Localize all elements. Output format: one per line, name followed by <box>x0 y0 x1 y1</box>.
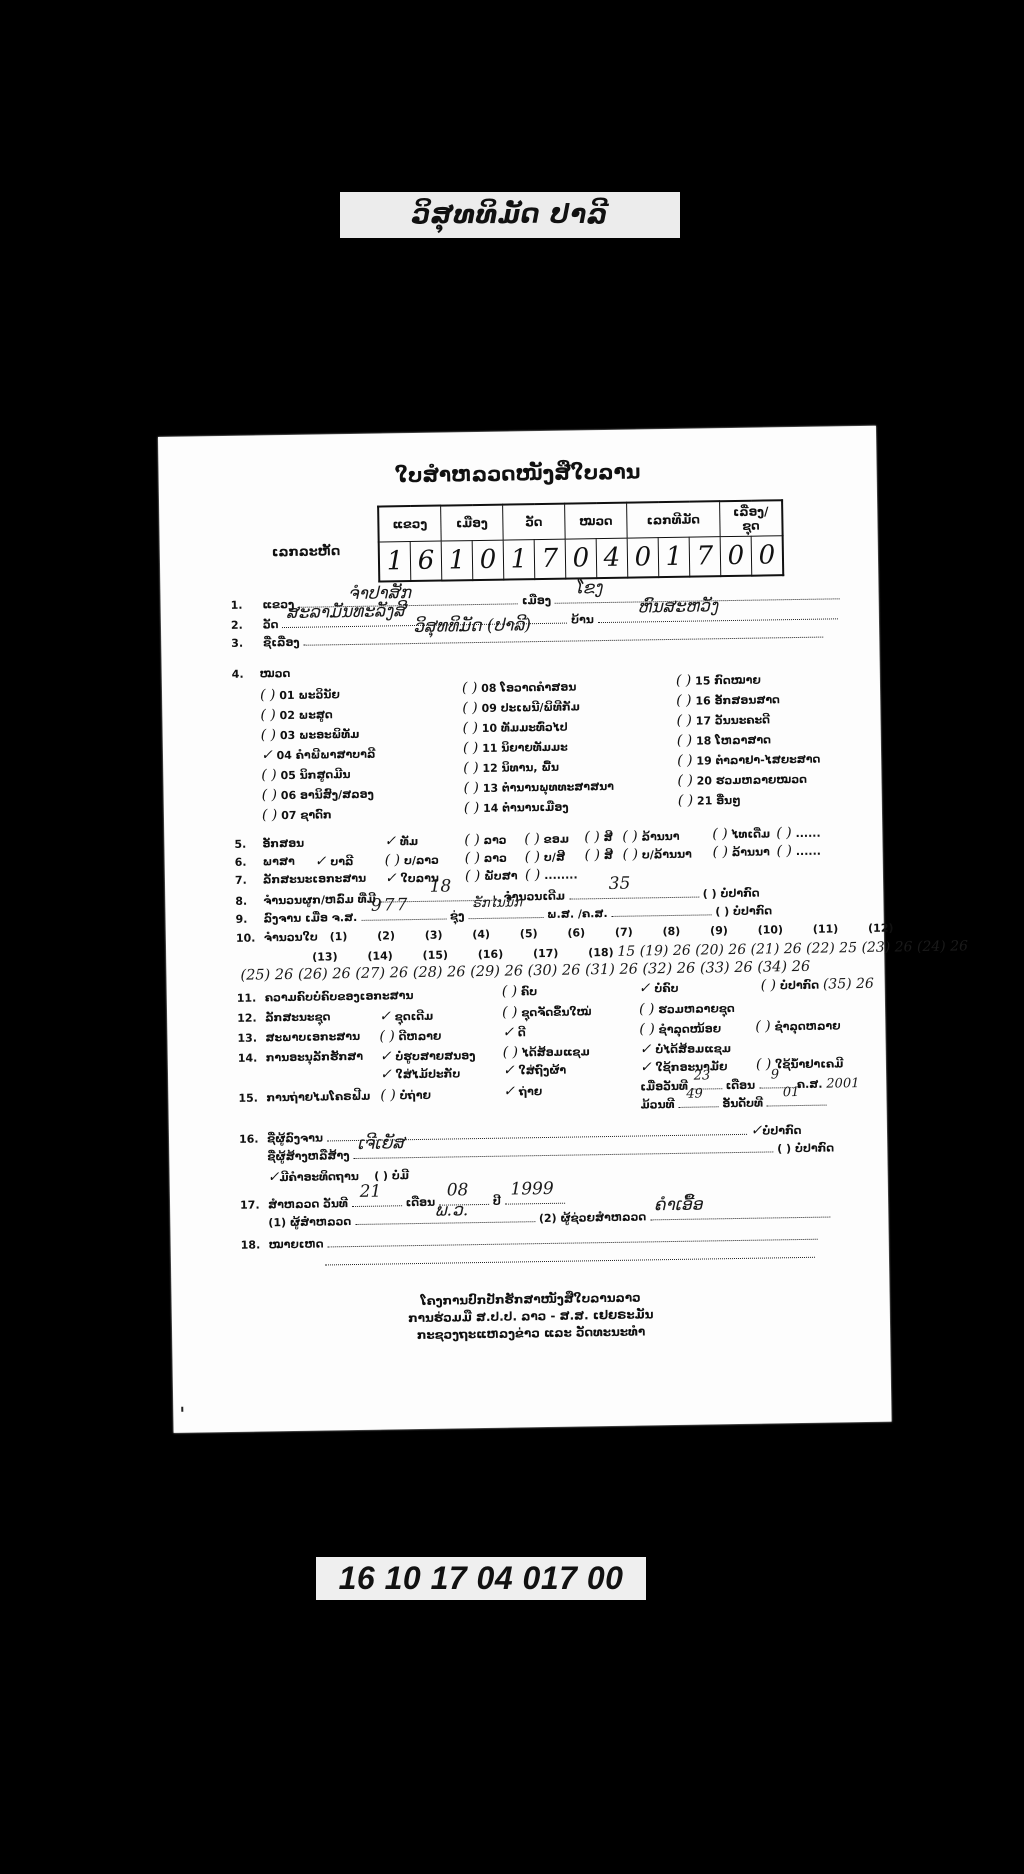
code-header-category: ໝວດ <box>565 503 628 539</box>
remarks-label: ໝາຍເຫດ <box>269 1237 324 1251</box>
survey-form-sheet: ໃບສຳຫລວດໜັງສືໃບລານ ເລກລະຫັດ ແຂວງ ເມືອງ ວ… <box>158 426 892 1433</box>
preservation-option-not-repaired[interactable]: ✓ ບໍ່ໄດ້ສ້ອມແຊມ <box>640 1040 732 1057</box>
language-option-other[interactable]: ( ) ...... <box>776 843 821 860</box>
code-table: ແຂວງ ເມືອງ ວັດ ໝວດ ເລກທີມັດ ເລື່ອງ/ຊຸດ 1… <box>377 499 784 582</box>
manuscript-code-label: 16 10 17 04 017 00 <box>316 1557 646 1600</box>
form-title: ໃບສຳຫລວດໜັງສືໃບລານ <box>158 456 876 491</box>
category-option-07[interactable]: ( ) 07 ຊາດົກ <box>262 806 332 823</box>
language-option-pali[interactable]: ✓ ບາລີ <box>315 853 354 870</box>
preservation-label: ການອະນຸລັກຮັກສາ <box>266 1050 363 1065</box>
preservation-option-chemicals[interactable]: ( ) ໃຊ້ນ້ຳຢາເຄມີ <box>756 1055 844 1072</box>
language-option-lao[interactable]: ( ) ລາວ <box>465 850 507 867</box>
scribe-label: ຊື່ຜູ້ລົງຈານ <box>267 1131 323 1145</box>
surveyor-signature[interactable]: ພ.ວ. <box>355 1209 535 1225</box>
script-option-tham[interactable]: ✓ ທັມ <box>384 833 418 850</box>
code-digit: 1 <box>441 541 473 581</box>
village-field[interactable]: ຫົນສະຫວັງ <box>598 606 838 623</box>
category-option-01[interactable]: ( ) 01 ພະວິນັຍ <box>260 686 340 703</box>
code-digit: 7 <box>534 539 566 579</box>
completeness-option-complete[interactable]: ( ) ຄົບ <box>502 983 538 1000</box>
microfilm-reel: ມ້ວນທີ 49 ອັນດັບທີ 01 <box>640 1093 827 1112</box>
script-option-other[interactable]: ( ) ...... <box>776 825 821 842</box>
script-row: 5.ອັກສອນ <box>234 837 304 851</box>
preservation-option-cloth-bag[interactable]: ✓ ໃສ່ຖົງຜ້າ <box>503 1062 566 1079</box>
condition-row: 13.ສະພາບເອກະສານ <box>237 1030 360 1045</box>
category-option-15[interactable]: ( ) 15 ກົດໝາຍ <box>676 672 761 689</box>
fascicles-unknown-option[interactable]: ( ) ບໍ່ປາກົດ <box>703 887 760 901</box>
scribe-unknown-option[interactable]: ບໍ່ປາກົດ <box>762 1124 801 1138</box>
village-label: ບ້ານ <box>571 613 594 626</box>
code-header-title-set: ເລື່ອງ/ຊຸດ <box>720 500 783 536</box>
completeness-option-incomplete[interactable]: ✓ ບໍ່ຄົບ <box>639 980 679 997</box>
category-option-13[interactable]: ( ) 13 ຕຳນານພຸທທະສາສນາ <box>463 778 614 796</box>
survey-year-field[interactable]: 1999 <box>504 1191 564 1205</box>
completeness-option-unknown[interactable]: ( ) ບໍ່ປາກົດ (35) 26 <box>761 976 874 994</box>
code-digit: 0 <box>472 540 504 580</box>
language-option-pali-lanna[interactable]: ( ) ບ/ລ້ານນາ <box>622 846 691 863</box>
language-label: ພາສາ <box>263 855 295 869</box>
category-option-19[interactable]: ( ) 19 ຕຳລາຢາ-ໄສຍະສາດ <box>677 751 820 769</box>
code-digit: 0 <box>720 536 752 576</box>
category-heading: 4.ໝວດ <box>232 667 291 681</box>
survey-date-label: ສຳຫລວດ ວັນທີ <box>268 1197 348 1211</box>
category-option-06[interactable]: ( ) 06 ອານິສົງ/ສລອງ <box>262 786 374 804</box>
code-digit: 1 <box>658 537 690 577</box>
code-header-bundle-number: ເລກທີມັດ <box>627 501 721 538</box>
microfilm-option-filmed[interactable]: ✓ ຖ່າຍ <box>503 1083 542 1100</box>
category-option-05[interactable]: ( ) 05 ນິກສູດມີນ <box>261 766 350 783</box>
language-option-pali-si[interactable]: ( ) ບ/ສີ <box>525 849 566 866</box>
field-number: 3. <box>231 636 259 649</box>
surveyor-label: (1) ຜູ້ສຳຫລວດ <box>268 1215 351 1229</box>
code-digit: 7 <box>689 537 721 577</box>
script-option-khom[interactable]: ( ) ຂອມ <box>524 831 569 848</box>
dating-label: ລົງຈານ ເມື່ອ ຈ.ສ. <box>263 911 357 925</box>
category-option-17[interactable]: ( ) 17 ວັນນະຄະດີ <box>676 711 770 728</box>
preservation-option-wooden-covers[interactable]: ✓ ໃສ່ໄມ້ປະກັບ <box>380 1065 460 1082</box>
leaf-count-label: ຈຳນວນໃບ <box>264 931 318 945</box>
remarks-field[interactable] <box>327 1227 817 1248</box>
script-label: ອັກສອນ <box>262 837 304 851</box>
title-label: ຊື່ເລື່ອງ <box>263 636 300 650</box>
code-digit: 1 <box>503 540 535 580</box>
be-ce-field[interactable] <box>611 902 711 917</box>
category-option-21[interactable]: ( ) 21 ອື່ນໆ <box>678 792 741 809</box>
reel-number-field[interactable]: 49 <box>678 1094 718 1108</box>
form-footer: ໂຄງການປົກປັກຮັກສາໜັງສືໃບລານລາວ ການຮ່ວມມື… <box>172 1286 891 1348</box>
fascicles-label: ຈຳນວນຜູກ/ຫລົ່ມ ທີ່ມີ <box>263 893 376 908</box>
category-option-10[interactable]: ( ) 10 ທັມມະທົ່ວໄປ <box>462 719 567 737</box>
microfilm-date: ເມື່ອວັນທີ 23 ເດືອນ 9 ຄ.ສ. 2001 <box>640 1074 859 1094</box>
condition-option-good[interactable]: ✓ ດີ <box>502 1024 526 1040</box>
colophon-option-yes[interactable]: ມີຄຳອະທິດຖານ <box>279 1170 359 1184</box>
material-label: ລັກສະນະເອກະສານ <box>263 872 366 887</box>
material-option-mulberry-paper[interactable]: ( ) ພັບສາ <box>465 867 518 884</box>
bundle-option-new[interactable]: ( ) ຊຸດຈັດຂຶ້ນໃໝ່ <box>502 1003 592 1020</box>
cyclic-year-label: ຊຸ່ງ <box>450 909 465 922</box>
field-number: 1. <box>231 598 259 611</box>
condition-label: ສະພາບເອກະສານ <box>265 1030 360 1044</box>
colophon-row: ✓ມີຄຳອະທິດຖານ ( ) ບໍ່ມີ <box>268 1167 410 1185</box>
completeness-row: 11.ຄວາມຄົບບໍ່ຄົບຂອງເອກະສານ <box>237 989 414 1005</box>
leaf-count-row2-handwritten: 15 (19) 26 (20) 26 (21) 26 (22) 25 (23) … <box>617 938 968 960</box>
condition-option-slightly-damaged[interactable]: ( ) ຊຳລຸດໜ້ອຍ <box>639 1020 721 1037</box>
code-digit: 0 <box>751 536 783 576</box>
bundle-row: 12.ລັກສະນະຊຸດ <box>237 1010 331 1024</box>
code-digit: 6 <box>410 541 442 581</box>
code-digit: 0 <box>565 539 597 579</box>
survey-day-field[interactable]: 21 <box>352 1193 402 1207</box>
material-row: 7.ລັກສະນະເອກະສານ <box>235 872 366 887</box>
preservation-option-repaired[interactable]: ( ) ໄດ້ສ້ອມແຊມ <box>503 1043 590 1060</box>
code-header-province: ແຂວງ <box>378 506 441 542</box>
language-option-si[interactable]: ( ) ສີ <box>584 847 613 863</box>
cs-year-field[interactable]: 977 <box>361 907 446 921</box>
code-header-wat: ວັດ <box>503 504 566 540</box>
category-option-02[interactable]: ( ) 02 ພະສູດ <box>260 706 333 723</box>
bundle-option-original[interactable]: ✓ ຊຸດເດີມ <box>379 1008 433 1025</box>
category-option-03[interactable]: ( ) 03 ພະອະພິທັມ <box>261 726 360 744</box>
category-option-11[interactable]: ( ) 11 ນິຍາຍທັມມະ <box>463 739 568 757</box>
order-number-field[interactable]: 01 <box>767 1093 827 1107</box>
sponsor-unknown-option[interactable]: ( ) ບໍ່ປາກົດ <box>777 1141 834 1155</box>
category-option-18[interactable]: ( ) 18 ໂຫລາສາດ <box>677 731 771 748</box>
microfilm-year-field[interactable]: 2001 <box>826 1076 859 1092</box>
category-option-14[interactable]: ( ) 14 ຕຳນານເມືອງ <box>464 799 569 817</box>
leaf-count-row2-labels: (13) (14) (15) (16) (17) (18) <box>312 946 614 964</box>
condition-option-very-good[interactable]: ( ) ດີຫລາຍ <box>379 1028 441 1045</box>
field-number: 2. <box>231 618 259 631</box>
wat-label: ວັດ <box>263 618 279 631</box>
dating-unknown-option[interactable]: ( ) ບໍ່ປາກົດ <box>715 904 772 918</box>
category-option-04[interactable]: ✓ 04 ຄຳພີພາສາບາລີ <box>261 746 376 764</box>
bundle-label: ລັກສະນະຊຸດ <box>265 1010 331 1024</box>
code-digit: 4 <box>596 538 628 578</box>
preservation-option-1[interactable]: ✓ ບໍ່ຮູບສາຍສນອງ <box>380 1047 476 1065</box>
assistant-signature[interactable]: ຄຳເອື້ອ <box>650 1205 830 1221</box>
script-option-thai-doem[interactable]: ( ) ໄທເດີ່ມ <box>712 825 770 842</box>
category-option-12[interactable]: ( ) 12 ນິທານ, ພື້ນ <box>463 759 559 777</box>
preservation-row: 14.ການອະນຸລັກຮັກສາ <box>238 1050 363 1065</box>
code-digit: 0 <box>627 538 659 578</box>
condition-option-badly-damaged[interactable]: ( ) ຊຳລຸດຫລາຍ <box>755 1017 840 1034</box>
preservation-option-cleaned[interactable]: ✓ ໃຊ້ກອະນາມັຍ <box>640 1058 728 1075</box>
manuscript-title-label: ວິສຸທທິມັດ ປາລີ <box>340 192 680 238</box>
category-option-08[interactable]: ( ) 08 ໂອວາດຄຳສອນ <box>462 678 577 696</box>
microfilm-label: ການຖ່າຍໄມໂຄຣຟີມ <box>266 1090 370 1105</box>
language-row: 6.ພາສາ <box>235 855 295 869</box>
language-option-pali-lao[interactable]: ( ) ບ/ລາວ <box>385 852 439 869</box>
material-option-other[interactable]: ( ) ........ <box>525 866 578 883</box>
assistant-label: (2) ຜູ້ຊ່ວຍສຳຫລວດ <box>539 1210 646 1225</box>
microfilm-option-not-filmed[interactable]: ( ) ບໍ່ຖ່າຍ <box>380 1087 431 1104</box>
category-options: ( ) 01 ພະວິນັຍ ( ) 02 ພະສູດ ( ) 03 ພະອະພ… <box>158 426 876 437</box>
original-count-field[interactable]: 35 <box>569 885 699 900</box>
code-label: ເລກລະຫັດ <box>272 544 341 560</box>
category-option-16[interactable]: ( ) 16 ອັກສອນສາດ <box>676 691 780 709</box>
code-digit: 1 <box>379 542 411 582</box>
language-option-lanna[interactable]: ( ) ລ້ານນາ <box>712 843 769 860</box>
be-ce-label: ພ.ສ. /ຄ.ສ. <box>547 907 608 921</box>
completeness-label: ຄວາມຄົບບໍ່ຄົບຂອງເອກະສານ <box>265 989 414 1004</box>
script-option-lanna[interactable]: ( ) ລ້ານນາ <box>622 828 679 845</box>
district-label: ເມືອງ <box>522 594 551 607</box>
sponsor-label: ຊື່ຜູ້ສ້າງຫລືສ້າງ <box>267 1149 349 1163</box>
code-header-district: ເມືອງ <box>441 505 504 541</box>
script-option-lao[interactable]: ( ) ລາວ <box>464 832 506 849</box>
scan-speck <box>181 1407 183 1412</box>
bundle-option-combined[interactable]: ( ) ຮວມຫລາຍຊຸດ <box>639 1000 735 1018</box>
microfilm-row: 15.ການຖ່າຍໄມໂຄຣຟີມ <box>238 1090 370 1105</box>
category-option-09[interactable]: ( ) 09 ປະເພນີ/ພິທີກັມ <box>462 698 580 716</box>
category-option-20[interactable]: ( ) 20 ຮວມຫລາຍໝວດ <box>677 771 807 789</box>
script-option-si[interactable]: ( ) ສີ <box>584 829 613 845</box>
cyclic-year-field[interactable]: ຣັກໄນນັກ <box>468 905 543 919</box>
